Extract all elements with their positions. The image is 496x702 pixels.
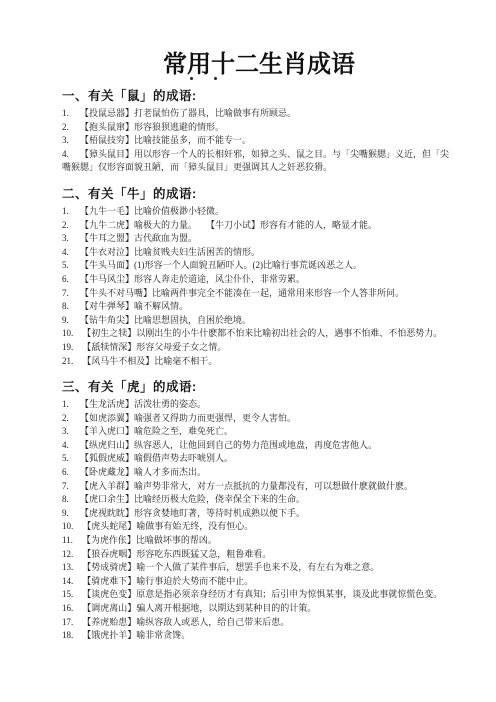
list-item: 8.【对牛弹琴】喻不解风情。 (62, 300, 456, 314)
list-item: 9.【虎视眈眈】形容贪婪地盯著，等待时机成熟以便下手。 (62, 507, 456, 521)
item-number: 2. (62, 219, 71, 233)
item-number: 12. (62, 548, 73, 562)
item-text: 【羊入虎口】喻危险之至，难免死亡。 (80, 426, 233, 436)
item-text: 【投鼠忌器】打老鼠怕伤了器具，比喻做事有所顾忌。 (80, 108, 296, 118)
item-number: 1. (62, 107, 71, 121)
item-text: 【九牛一毛】比喻价值极渺小轻微。 (80, 206, 224, 216)
item-number: 7. (62, 480, 71, 494)
item-number: 11. (62, 534, 73, 548)
item-text: 【饿虎扑羊】喻非常贪馋。 (82, 630, 190, 640)
item-text: 【虎头蛇尾】喻做事有始无终，没有恒心。 (82, 521, 253, 531)
item-number: 1. (62, 205, 71, 219)
item-number: 10. (62, 327, 73, 341)
list-item: 4.【獐头鼠目】用以形容一个人的长相奸邪，如獐之头、鼠之目。与「尖嘴猴腮」义近，… (62, 148, 456, 175)
item-number: 5. (62, 259, 71, 273)
list-item: 14.【骑虎难下】喻行事迫於大势而不能中止。 (62, 575, 456, 589)
item-text: 【初生之犊】以刚出生的小牛什麽都不怕来比喻初出社会的人，遇事不怕难、不怕恶势力。 (82, 328, 442, 338)
item-text: 【养虎贻患】喻纵容敌人或恶人，给自己带来后患。 (82, 617, 289, 627)
list-item: 10.【虎头蛇尾】喻做事有始无终，没有恒心。 (62, 520, 456, 534)
item-number: 9. (62, 314, 71, 328)
list-item: 11.【为虎作伥】比喻做坏事的帮凶。 (62, 534, 456, 548)
idiom-list: 1.【九牛一毛】比喻价值极渺小轻微。2.【九牛二虎】喻极大的力量。 【牛刀小试】… (62, 205, 456, 368)
list-item: 2.【抱头鼠窜】形容狼狈逃避的情形。 (62, 121, 456, 135)
item-number: 15. (62, 588, 73, 602)
list-item: 1.【生龙活虎】活泼壮勇的姿态。 (62, 398, 456, 412)
list-item: 5.【牛头马面】(1)形容一个人面貌丑陋吓人。(2)比喻行事荒诞凶恶之人。 (62, 259, 456, 273)
list-item: 17.【养虎贻患】喻纵容敌人或恶人，给自己带来后患。 (62, 616, 456, 630)
section-heading: 三、有关「虎」的成语: (62, 377, 456, 395)
item-text: 【调虎离山】骗人离开根据地，以期达到某种目的的计策。 (82, 603, 316, 613)
item-number: 4. (62, 148, 71, 162)
list-item: 4.【纵虎归山】纵容恶人，让他回到自己的势力范围或地盘，再度危害他人。 (62, 439, 456, 453)
item-number: 3. (62, 425, 71, 439)
item-number: 8. (62, 300, 71, 314)
item-text: 【势成骑虎】喻一个人做了某件事后，想罢手也来不及，有左右为难之意。 (82, 562, 379, 572)
list-item: 19.【舐犊情深】形容父母爱子女之情。 (62, 341, 456, 355)
item-text: 【牛衣对泣】比喻贫贱夫妇生活困苦的情形。 (80, 247, 260, 257)
item-text: 【梧鼠技穷】比喻技能虽多，而不能专一。 (80, 135, 251, 145)
list-item: 7.【牛头不对马嘴】比喻两件事完全不能凑在一起，通常用来形容一个人答非所问。 (62, 287, 456, 301)
list-item: 2.【如虎添翼】喻强者又得助力而更强悍，更令人害怕。 (62, 412, 456, 426)
item-number: 6. (62, 466, 71, 480)
item-text: 【谈虎色变】原意是指必须亲身经历才有真知；后引申为惊惧某事，谈及此事就惊慌色变。 (82, 589, 442, 599)
list-item: 4.【牛衣对泣】比喻贫贱夫妇生活困苦的情形。 (62, 246, 456, 260)
item-number: 8. (62, 493, 71, 507)
list-item: 8.【虎口余生】比喻经历极大危险，侥幸保全下来的生命。 (62, 493, 456, 507)
section-heading: 一、有关「鼠」的成语: (62, 86, 456, 104)
title-block: 常用十二生肖成语 (62, 44, 456, 79)
item-text: 【对牛弹琴】喻不解风情。 (80, 301, 188, 311)
item-number: 6. (62, 273, 71, 287)
list-item: 12.【狼吞虎咽】形容吃东西既猛又急，粗鲁难看。 (62, 548, 456, 562)
item-text: 【如虎添翼】喻强者又得助力而更强悍，更令人害怕。 (80, 413, 296, 423)
item-text: 【生龙活虎】活泼壮勇的姿态。 (80, 399, 206, 409)
list-item: 1.【九牛一毛】比喻价值极渺小轻微。 (62, 205, 456, 219)
list-item: 18.【饿虎扑羊】喻非常贪馋。 (62, 629, 456, 643)
item-text: 【纵虎归山】纵容恶人，让他回到自己的势力范围或地盘，再度危害他人。 (80, 440, 377, 450)
item-text: 【钻牛角尖】比喻思想固执，自困於绝境。 (80, 315, 251, 325)
item-text: 【虎入羊群】喻声势非常大，对方一点抵抗的力量都没有，可以想做什麽就做什麽。 (80, 481, 413, 491)
list-item: 6.【卧虎藏龙】喻人才多而杰出。 (62, 466, 456, 480)
item-number: 10. (62, 520, 73, 534)
item-number: 2. (62, 412, 71, 426)
item-number: 13. (62, 561, 73, 575)
item-number: 9. (62, 507, 71, 521)
item-number: 1. (62, 398, 71, 412)
item-number: 4. (62, 246, 71, 260)
item-number: 19. (62, 341, 73, 355)
item-text: 【风马牛不相及】比喻毫不相干。 (82, 356, 217, 366)
item-number: 3. (62, 134, 71, 148)
list-item: 21.【风马牛不相及】比喻毫不相干。 (62, 355, 456, 369)
list-item: 13.【势成骑虎】喻一个人做了某件事后，想罢手也来不及，有左右为难之意。 (62, 561, 456, 575)
list-item: 16.【调虎离山】骗人离开根据地，以期达到某种目的的计策。 (62, 602, 456, 616)
item-number: 3. (62, 232, 71, 246)
list-item: 3.【羊入虎口】喻危险之至，难免死亡。 (62, 425, 456, 439)
list-item: 15.【谈虎色变】原意是指必须亲身经历才有真知；后引申为惊惧某事，谈及此事就惊慌… (62, 588, 456, 602)
item-text: 【牛耳之盟】古代歃血为盟。 (80, 233, 197, 243)
item-text: 【牛头不对马嘴】比喻两件事完全不能凑在一起，通常用来形容一个人答非所问。 (80, 288, 404, 298)
item-text: 【虎视眈眈】形容贪婪地盯著，等待时机成熟以便下手。 (80, 508, 305, 518)
emphasis-dot (214, 77, 217, 80)
item-text: 【牛马风尘】形容人奔走於道途，风尘仆仆，非常劳累。 (80, 274, 305, 284)
list-item: 3.【梧鼠技穷】比喻技能虽多，而不能专一。 (62, 134, 456, 148)
item-text: 【骑虎难下】喻行事迫於大势而不能中止。 (82, 576, 253, 586)
item-text: 【虎口余生】比喻经历极大危险，侥幸保全下来的生命。 (80, 494, 305, 504)
list-item: 3.【牛耳之盟】古代歃血为盟。 (62, 232, 456, 246)
emphasis-dot (190, 77, 193, 80)
idiom-list: 1.【投鼠忌器】打老鼠怕伤了器具，比喻做事有所顾忌。2.【抱头鼠窜】形容狼狈逃避… (62, 107, 456, 175)
section-heading: 二、有关「牛」的成语: (62, 184, 456, 202)
page-title: 常用十二生肖成语 (62, 44, 456, 79)
list-item: 9.【钻牛角尖】比喻思想固执，自困於绝境。 (62, 314, 456, 328)
item-number: 7. (62, 287, 71, 301)
list-item: 2.【九牛二虎】喻极大的力量。 【牛刀小试】形容有才能的人，略显才能。 (62, 219, 456, 233)
item-text: 【卧虎藏龙】喻人才多而杰出。 (80, 467, 206, 477)
list-item: 1.【投鼠忌器】打老鼠怕伤了器具，比喻做事有所顾忌。 (62, 107, 456, 121)
item-text: 【狐假虎威】喻假借声势去吓唬别人。 (80, 453, 233, 463)
idiom-section: 三、有关「虎」的成语:1.【生龙活虎】活泼壮勇的姿态。2.【如虎添翼】喻强者又得… (62, 377, 456, 643)
item-number: 5. (62, 452, 71, 466)
item-text: 【九牛二虎】喻极大的力量。 【牛刀小试】形容有才能的人，略显才能。 (80, 220, 377, 230)
idiom-section: 一、有关「鼠」的成语:1.【投鼠忌器】打老鼠怕伤了器具，比喻做事有所顾忌。2.【… (62, 86, 456, 175)
item-text: 【獐头鼠目】用以形容一个人的长相奸邪，如獐之头、鼠之目。与「尖嘴猴腮」义近，但「… (62, 149, 449, 173)
item-text: 【抱头鼠窜】形容狼狈逃避的情形。 (80, 122, 224, 132)
item-number: 18. (62, 629, 73, 643)
item-text: 【狼吞虎咽】形容吃东西既猛又急，粗鲁难看。 (82, 549, 271, 559)
idiom-section: 二、有关「牛」的成语:1.【九牛一毛】比喻价值极渺小轻微。2.【九牛二虎】喻极大… (62, 184, 456, 368)
list-item: 5.【狐假虎威】喻假借声势去吓唬别人。 (62, 452, 456, 466)
item-text: 【为虎作伥】比喻做坏事的帮凶。 (82, 535, 217, 545)
item-text: 【牛头马面】(1)形容一个人面貌丑陋吓人。(2)比喻行事荒诞凶恶之人。 (80, 260, 362, 270)
idiom-sections: 一、有关「鼠」的成语:1.【投鼠忌器】打老鼠怕伤了器具，比喻做事有所顾忌。2.【… (62, 86, 456, 643)
list-item: 6.【牛马风尘】形容人奔走於道途，风尘仆仆，非常劳累。 (62, 273, 456, 287)
item-number: 14. (62, 575, 73, 589)
idiom-list: 1.【生龙活虎】活泼壮勇的姿态。2.【如虎添翼】喻强者又得助力而更强悍，更令人害… (62, 398, 456, 643)
item-number: 17. (62, 616, 73, 630)
item-number: 2. (62, 121, 71, 135)
list-item: 10.【初生之犊】以刚出生的小牛什麽都不怕来比喻初出社会的人，遇事不怕难、不怕恶… (62, 327, 456, 341)
item-number: 21. (62, 355, 73, 369)
list-item: 7.【虎入羊群】喻声势非常大，对方一点抵抗的力量都没有，可以想做什麽就做什麽。 (62, 480, 456, 494)
item-number: 16. (62, 602, 73, 616)
item-text: 【舐犊情深】形容父母爱子女之情。 (82, 342, 226, 352)
item-number: 4. (62, 439, 71, 453)
document-page: 常用十二生肖成语 一、有关「鼠」的成语:1.【投鼠忌器】打老鼠怕伤了器具，比喻做… (0, 0, 496, 702)
